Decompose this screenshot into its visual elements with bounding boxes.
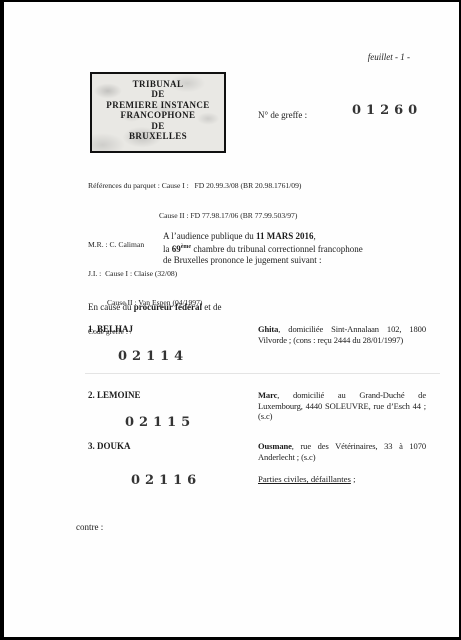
defendant-2-details: Marc, domicilié au Grand-Duché de Luxemb…	[258, 390, 426, 422]
defendant-1-name: 1. BELHAJ	[88, 324, 133, 334]
parties-civiles-line: Parties civiles, défaillantes ;	[258, 474, 355, 484]
reference-line: Références du parquet : Cause I : FD 20.…	[88, 181, 301, 191]
chamber-ordinal-suffix: ème	[181, 244, 191, 250]
defendant-3-name: 3. DOUKA	[88, 441, 131, 451]
court-stamp: TRIBUNAL DE PREMIERE INSTANCE FRANCOPHON…	[90, 72, 226, 153]
court-stamp-line: DE	[92, 89, 224, 99]
defendant-1-details: Ghita, domiciliée Sint-Annalaan 102, 180…	[258, 324, 426, 345]
greffe-number-label: N° de greffe :	[258, 110, 307, 120]
hearing-line-3: de Bruxelles prononce le jugement suivan…	[163, 255, 425, 266]
paper-sheet: feuillet - 1 - TRIBUNAL DE PREMIERE INST…	[4, 2, 459, 637]
court-stamp-line: FRANCOPHONE	[92, 110, 224, 120]
scanned-judgment-page: feuillet - 1 - TRIBUNAL DE PREMIERE INST…	[0, 0, 461, 640]
defendant-2-name: 2. LEMOINE	[88, 390, 141, 400]
defendant-first-name: Ghita	[258, 324, 278, 334]
greffe-number-stamp: 01260	[352, 103, 422, 118]
reference-line: J.I. : Cause I : Claise (32/08)	[88, 269, 301, 279]
cause-intro: En cause du procureur fédéral et de	[88, 302, 221, 312]
hearing-paragraph: A l’audience publique du 11 MARS 2016, l…	[163, 231, 425, 266]
chamber-number: 69	[172, 244, 181, 254]
defendant-1-docket-stamp: 02114	[118, 349, 188, 364]
defendant-2-docket-stamp: 02115	[125, 415, 195, 430]
contre-label: contre :	[76, 522, 103, 532]
court-stamp-line: TRIBUNAL	[92, 79, 224, 89]
defendant-3-details: Ousmane, rue des Vétérinaires, 33 à 1070…	[258, 441, 426, 462]
court-stamp-line: PREMIERE INSTANCE	[92, 100, 224, 110]
folio-number: feuillet - 1 -	[300, 52, 410, 62]
court-stamp-line: BRUXELLES	[92, 131, 224, 141]
defendant-first-name: Ousmane	[258, 441, 292, 451]
hearing-date: 11 MARS 2016	[256, 231, 314, 241]
hearing-line-1: A l’audience publique du 11 MARS 2016,	[163, 231, 425, 242]
row-divider	[85, 373, 440, 374]
hearing-line-2: la 69ème chambre du tribunal correctionn…	[163, 242, 425, 255]
reference-line: Cause II : FD 77.98.17/06 (BR 77.99.503/…	[88, 211, 301, 221]
procureur-federal: procureur fédéral	[134, 302, 202, 312]
defendant-3-docket-stamp: 02116	[131, 473, 201, 488]
court-stamp-line: DE	[92, 121, 224, 131]
defendant-first-name: Marc	[258, 390, 277, 400]
parties-civiles-underlined: Parties civiles, défaillantes	[258, 474, 351, 484]
